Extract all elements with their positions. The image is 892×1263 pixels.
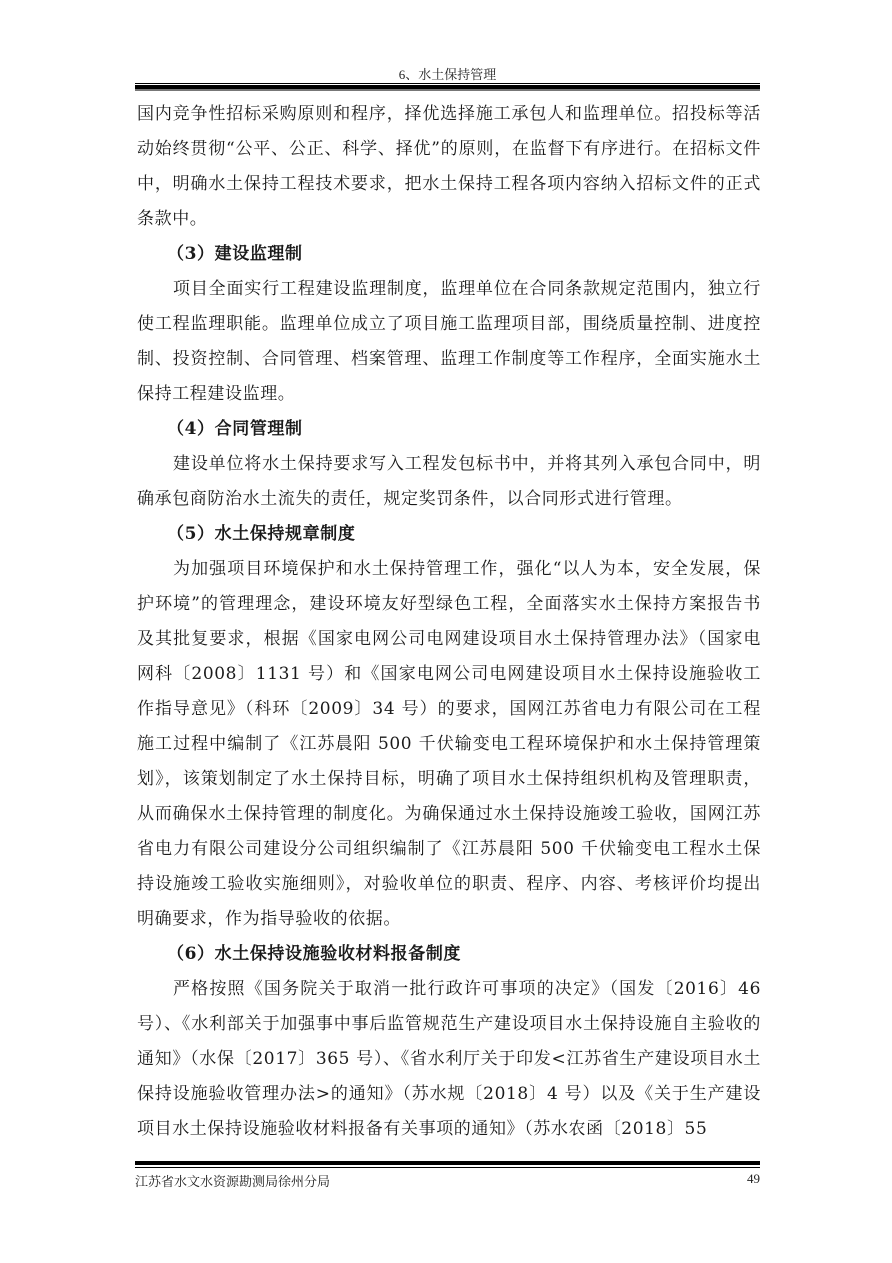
section-heading-6: （6）水土保持设施验收材料报备制度 — [137, 937, 761, 972]
body-text: 国内竞争性招标采购原则和程序，择优选择施工承包人和监理单位。招投标等活动始终贯彻… — [137, 97, 761, 1147]
page-number: 49 — [747, 1171, 760, 1187]
paragraph-supervision: 项目全面实行工程建设监理制度，监理单位在合同条款规定范围内，独立行使工程监理职能… — [137, 272, 761, 412]
footer-rule — [135, 1161, 760, 1168]
paragraph-regulations: 为加强项目环境保护和水土保持管理工作，强化“以人为本，安全发展，保护环境”的管理… — [137, 552, 761, 937]
section-heading-5: （5）水土保持规章制度 — [137, 517, 761, 552]
paragraph-bidding: 国内竞争性招标采购原则和程序，择优选择施工承包人和监理单位。招投标等活动始终贯彻… — [137, 97, 761, 237]
paragraph-contract: 建设单位将水土保持要求写入工程发包标书中，并将其列入承包合同中，明确承包商防治水… — [137, 447, 761, 517]
section-heading-4: （4）合同管理制 — [137, 412, 761, 447]
paragraph-filing: 严格按照《国务院关于取消一批行政许可事项的决定》（国发〔2016〕46 号）、《… — [137, 972, 761, 1147]
header-rule — [135, 83, 760, 91]
running-header-title: 6、水土保持管理 — [135, 64, 760, 83]
section-heading-3: （3）建设监理制 — [137, 237, 761, 272]
footer-organization: 江苏省水文水资源勘测局徐州分局 — [135, 1171, 330, 1190]
document-page: 6、水土保持管理 国内竞争性招标采购原则和程序，择优选择施工承包人和监理单位。招… — [0, 0, 892, 1263]
